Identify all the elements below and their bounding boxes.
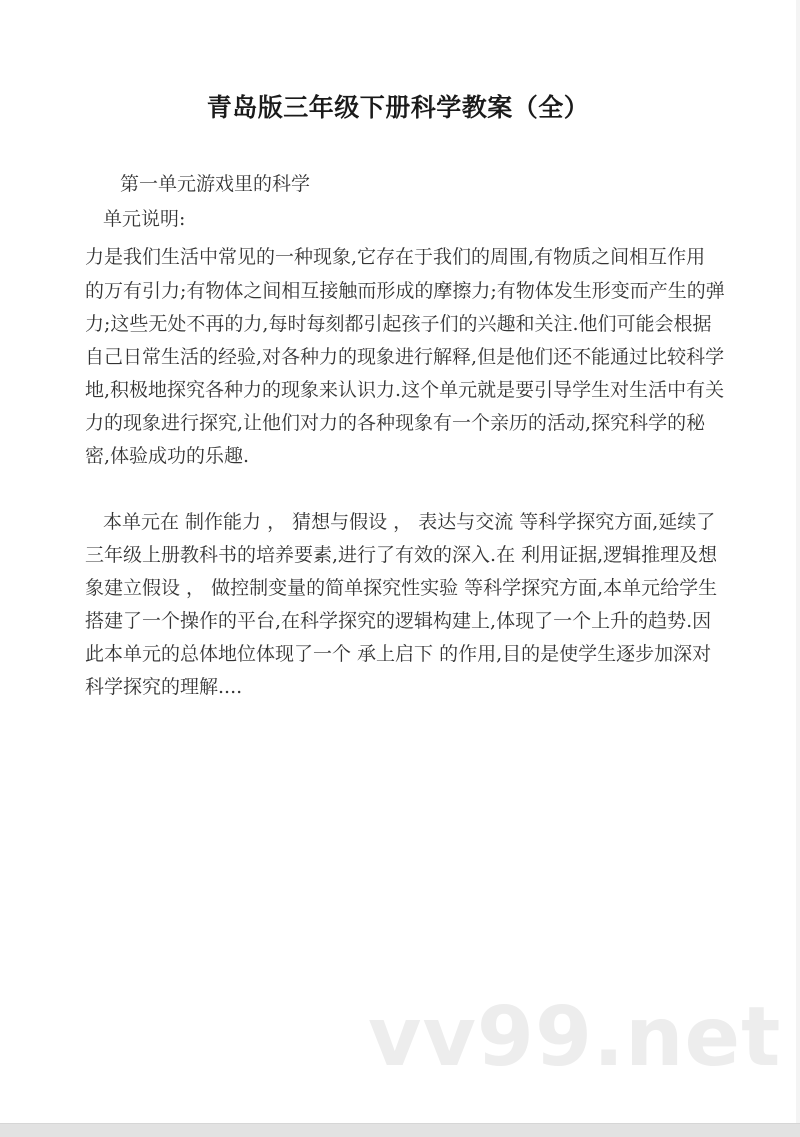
paragraph-line: 地,积极地探究各种力的现象来认识力.这个单元就是要引导学生对生活中有关 <box>85 378 705 402</box>
document-page: 青岛版三年级下册科学教案（全） 第一单元游戏里的科学 单元说明: 力是我们生活中… <box>0 0 797 1123</box>
page-bottom-band <box>0 1123 800 1137</box>
paragraph-line: 此本单元的总体地位体现了一个 承上启下 的作用,目的是使学生逐步加深对 <box>85 642 705 666</box>
page-edge-shadow <box>796 0 800 1123</box>
paragraph-line: 象建立假设 ， 做控制变量的简单探究性实验 等科学探究方面,本单元给学生 <box>85 576 705 600</box>
paragraph-line: 的万有引力;有物体之间相互接触而形成的摩擦力;有物体发生形变而产生的弹 <box>85 279 705 303</box>
paragraph-line: 密,体验成功的乐趣. <box>85 444 705 468</box>
paragraph-line: 力是我们生活中常见的一种现象,它存在于我们的周围,有物质之间相互作用 <box>85 245 705 269</box>
paragraph-line: 自己日常生活的经验,对各种力的现象进行解释,但是他们还不能通过比较科学 <box>85 345 705 369</box>
unit-heading: 第一单元游戏里的科学 <box>120 172 310 196</box>
document-title: 青岛版三年级下册科学教案（全） <box>0 88 796 124</box>
paragraph-line: 三年级上册教科书的培养要素,进行了有效的深入.在 利用证据,逻辑推理及想 <box>85 543 705 567</box>
paragraph-line: 科学探究的理解.... <box>85 675 705 699</box>
paragraph-line: 本单元在 制作能力 ， 猜想与假设 ， 表达与交流 等科学探究方面,延续了 <box>103 510 705 534</box>
paragraph-line: 力的现象进行探究,让他们对力的各种现象有一个亲历的活动,探究科学的秘 <box>85 411 705 435</box>
section-label: 单元说明: <box>103 207 185 231</box>
paragraph-line: 力;这些无处不再的力,每时每刻都引起孩子们的兴趣和关注.他们可能会根据 <box>85 312 705 336</box>
watermark: vv99.net <box>368 990 781 1085</box>
paragraph-line: 搭建了一个操作的平台,在科学探究的逻辑构建上,体现了一个上升的趋势.因 <box>85 609 705 633</box>
